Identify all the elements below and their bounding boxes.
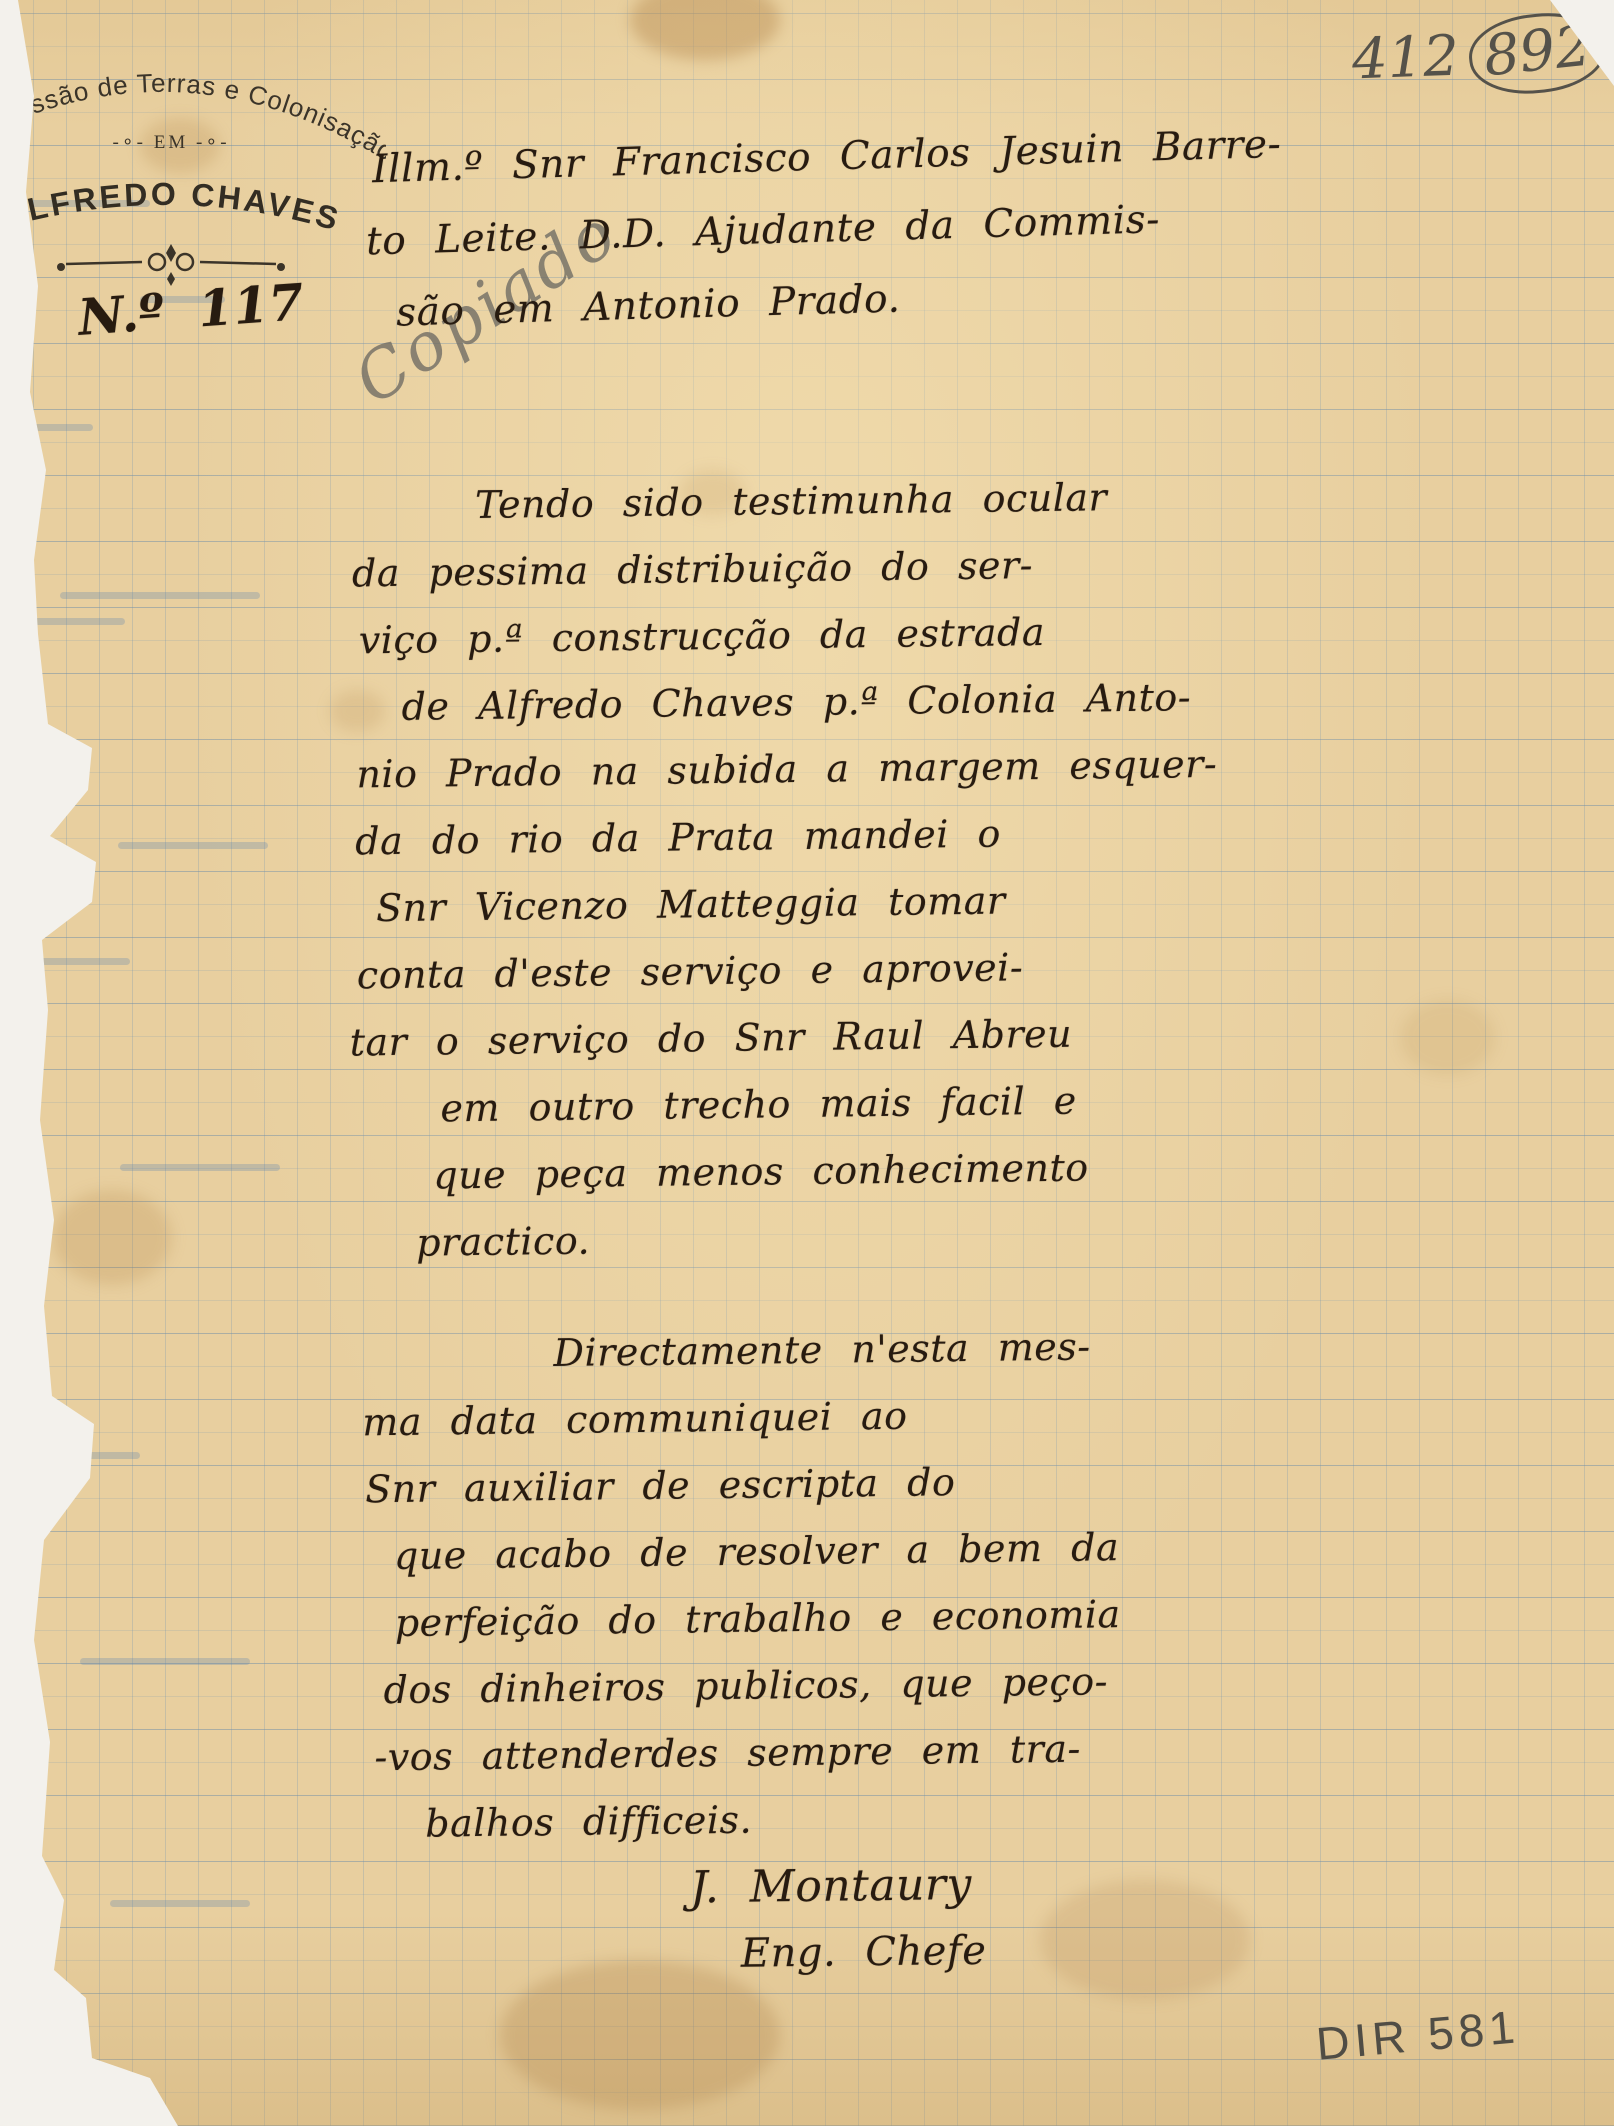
handwritten-line: practico. (352, 1200, 1253, 1278)
handwritten-line: viço p.ª construcção da estrada (344, 597, 1245, 675)
ink-bleed-mark (120, 1164, 280, 1171)
handwritten-line: Snr Vicenzo Matteggia tomar (348, 865, 1249, 943)
ink-bleed-mark (60, 592, 260, 599)
letterhead-name: ALFREDO CHAVES (0, 176, 345, 238)
handwritten-line: Snr auxiliar de escripta do (355, 1445, 1256, 1523)
handwritten-line: que acabo de resolver a bem da (356, 1512, 1257, 1590)
archive-code: DIR 581 (1314, 1999, 1522, 2071)
stain (1400, 1000, 1495, 1075)
handwritten-line: perfeição do trabalho e economia (356, 1579, 1257, 1657)
document-scan: Commissão de Terras e Colonisação -∘- EM… (0, 0, 1614, 2126)
svg-text:ALFREDO CHAVES: ALFREDO CHAVES (0, 176, 345, 238)
stain (52, 1190, 172, 1285)
handwritten-line: da do rio da Prata mandei o (347, 798, 1248, 876)
handwritten-line: dos dinheiros publicos, que peço- (357, 1646, 1258, 1724)
ink-bleed-mark (30, 958, 130, 965)
letterhead-em-line: -∘- EM -∘- (112, 132, 229, 153)
signature-title: Eng. Chefe (360, 1914, 1261, 1992)
handwritten-line: Tendo sido testimunha ocular (343, 463, 1244, 541)
ink-bleed-mark (80, 1658, 250, 1665)
ink-bleed-mark (30, 1452, 140, 1459)
handwritten-line: em outro trecho mais facil e (350, 1066, 1251, 1144)
handwritten-line: conta d'este serviço e aprovei- (348, 932, 1249, 1010)
handwritten-line: -vos attenderdes sempre em tra- (358, 1713, 1259, 1791)
handwritten-line: que peça menos conhecimento (351, 1133, 1252, 1211)
handwritten-line: nio Prado na subida a margem esquer- (346, 731, 1247, 809)
handwritten-line: ma data communiquei ao (354, 1378, 1255, 1456)
ink-bleed-mark (118, 842, 268, 849)
signature-name: J. Montaury (360, 1847, 1261, 1925)
stain (630, 0, 780, 60)
recipient-address-block: Illm.º Snr Francisco Carlos Jesuin Barre… (357, 109, 1263, 350)
ink-bleed-mark (110, 1900, 250, 1907)
ink-bleed-mark (28, 424, 93, 431)
handwritten-line: de Alfredo Chaves p.ª Colonia Anto- (345, 664, 1246, 742)
letter-paper: Commissão de Terras e Colonisação -∘- EM… (0, 0, 1614, 2126)
handwritten-line: Directamente n'esta mes- (353, 1311, 1254, 1389)
letter-body: Tendo sido testimunha ocular da pessima … (343, 463, 1261, 1993)
page-number-plain: 412 (1351, 24, 1460, 93)
handwritten-line: balhos difficeis. (359, 1780, 1260, 1858)
handwritten-line: da pessima distribuição do ser- (344, 530, 1245, 608)
letterhead-stamp: Commissão de Terras e Colonisação -∘- EM… (0, 6, 386, 286)
ink-bleed-mark (30, 618, 125, 625)
handwritten-line: tar o serviço do Snr Raul Abreu (349, 999, 1250, 1077)
